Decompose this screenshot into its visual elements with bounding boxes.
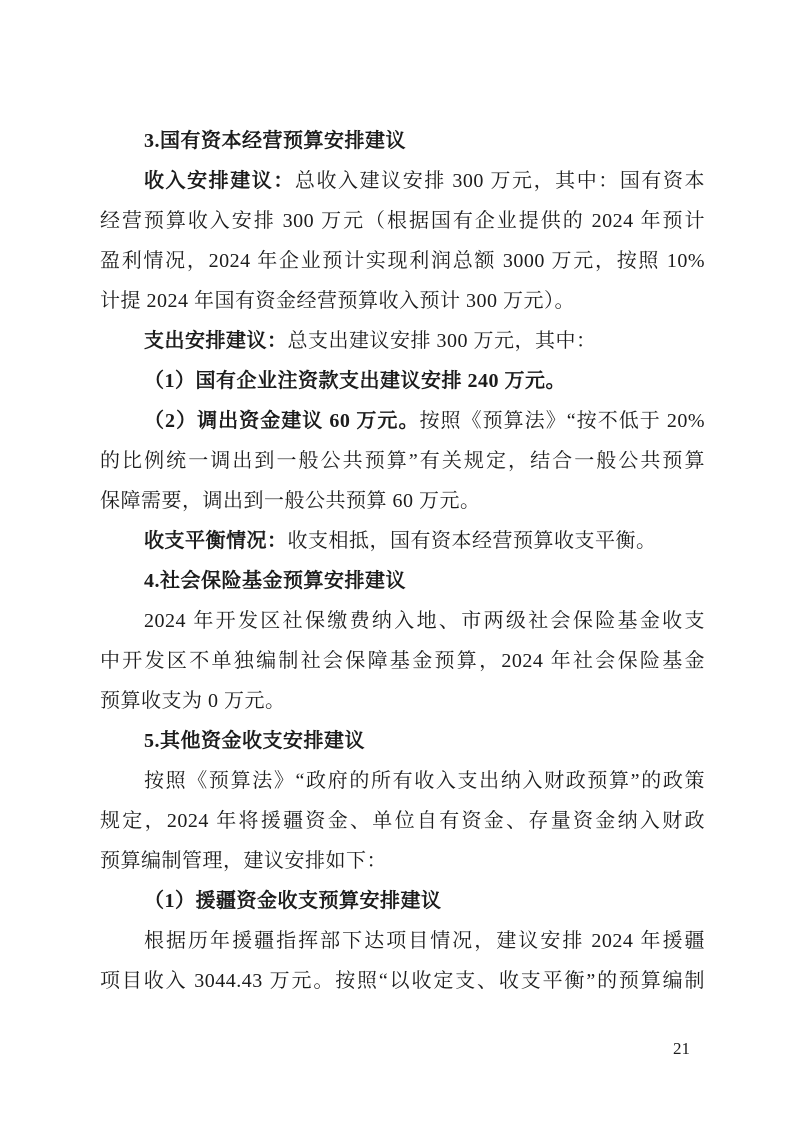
text-line: 项目收入 3044.43 万元。按照“以收定支、收支平衡”的预算编制 — [100, 961, 705, 1001]
text-run: 计提 2024 年国有资金经营预算收入预计 300 万元）。 — [100, 290, 575, 312]
text-run: 根据历年援疆指挥部下达项目情况，建议安排 2024 年援疆 — [144, 930, 705, 952]
bold-text-run: 收入安排建议： — [144, 170, 295, 192]
text-line: 中开发区不单独编制社会保障基金预算，2024 年社会保险基金 — [100, 641, 705, 681]
text-line: 的比例统一调出到一般公共预算”有关规定，结合一般公共预算 — [100, 441, 705, 481]
text-run: 按照《预算法》“按不低于 20% — [420, 410, 706, 432]
text-line: 预算收支为 0 万元。 — [100, 681, 705, 721]
text-line: 5.其他资金收支安排建议 — [100, 721, 705, 761]
text-line: 经营预算收入安排 300 万元（根据国有企业提供的 2024 年预计 — [100, 201, 705, 241]
page-number: 21 — [673, 1039, 690, 1059]
text-line: 按照《预算法》“政府的所有收入支出纳入财政预算”的政策 — [100, 761, 705, 801]
text-run: 中开发区不单独编制社会保障基金预算，2024 年社会保险基金 — [100, 650, 705, 672]
bold-text-run: （1）国有企业注资款支出建议安排 240 万元。 — [144, 370, 566, 392]
text-run: 规定，2024 年将援疆资金、单位自有资金、存量资金纳入财政 — [100, 810, 705, 832]
text-line: （1）国有企业注资款支出建议安排 240 万元。 — [100, 361, 705, 401]
text-run: 预算编制管理，建议安排如下： — [100, 850, 387, 872]
text-line: 3.国有资本经营预算安排建议 — [100, 121, 705, 161]
text-line: 预算编制管理，建议安排如下： — [100, 841, 705, 881]
document-body: 3.国有资本经营预算安排建议收入安排建议：总收入建议安排 300 万元，其中：国… — [100, 121, 705, 1001]
text-run: 盈利情况，2024 年企业预计实现利润总额 3000 万元，按照 10% — [100, 250, 705, 272]
text-run: 预算收支为 0 万元。 — [100, 690, 286, 712]
bold-text-run: 收支平衡情况： — [144, 530, 288, 552]
text-run: 收支相抵，国有资本经营预算收支平衡。 — [288, 530, 657, 552]
text-run: 经营预算收入安排 300 万元（根据国有企业提供的 2024 年预计 — [100, 210, 705, 232]
bold-text-run: 5.其他资金收支安排建议 — [144, 730, 365, 752]
text-line: 支出安排建议：总支出建议安排 300 万元，其中： — [100, 321, 705, 361]
bold-text-run: （2）调出资金建议 60 万元。 — [144, 410, 420, 432]
text-line: 根据历年援疆指挥部下达项目情况，建议安排 2024 年援疆 — [100, 921, 705, 961]
document-page: 3.国有资本经营预算安排建议收入安排建议：总收入建议安排 300 万元，其中：国… — [0, 0, 793, 1122]
bold-text-run: 4.社会保险基金预算安排建议 — [144, 570, 406, 592]
bold-text-run: （1）援疆资金收支预算安排建议 — [144, 890, 442, 912]
text-line: 规定，2024 年将援疆资金、单位自有资金、存量资金纳入财政 — [100, 801, 705, 841]
text-run: 项目收入 3044.43 万元。按照“以收定支、收支平衡”的预算编制 — [100, 970, 705, 992]
text-run: 按照《预算法》“政府的所有收入支出纳入财政预算”的政策 — [144, 770, 705, 792]
text-run: 总收入建议安排 300 万元，其中：国有资本 — [295, 170, 705, 192]
text-line: （2）调出资金建议 60 万元。按照《预算法》“按不低于 20% — [100, 401, 705, 441]
text-line: 盈利情况，2024 年企业预计实现利润总额 3000 万元，按照 10% — [100, 241, 705, 281]
text-run: 保障需要，调出到一般公共预算 60 万元。 — [100, 490, 481, 512]
text-line: 收入安排建议：总收入建议安排 300 万元，其中：国有资本 — [100, 161, 705, 201]
text-run: 2024 年开发区社保缴费纳入地、市两级社会保险基金收支 — [144, 610, 705, 632]
text-run: 总支出建议安排 300 万元，其中： — [288, 330, 597, 352]
text-line: （1）援疆资金收支预算安排建议 — [100, 881, 705, 921]
bold-text-run: 3.国有资本经营预算安排建议 — [144, 130, 406, 152]
text-run: 的比例统一调出到一般公共预算”有关规定，结合一般公共预算 — [100, 450, 705, 472]
text-line: 收支平衡情况：收支相抵，国有资本经营预算收支平衡。 — [100, 521, 705, 561]
text-line: 计提 2024 年国有资金经营预算收入预计 300 万元）。 — [100, 281, 705, 321]
bold-text-run: 支出安排建议： — [144, 330, 288, 352]
text-line: 2024 年开发区社保缴费纳入地、市两级社会保险基金收支 — [100, 601, 705, 641]
text-line: 4.社会保险基金预算安排建议 — [100, 561, 705, 601]
text-line: 保障需要，调出到一般公共预算 60 万元。 — [100, 481, 705, 521]
